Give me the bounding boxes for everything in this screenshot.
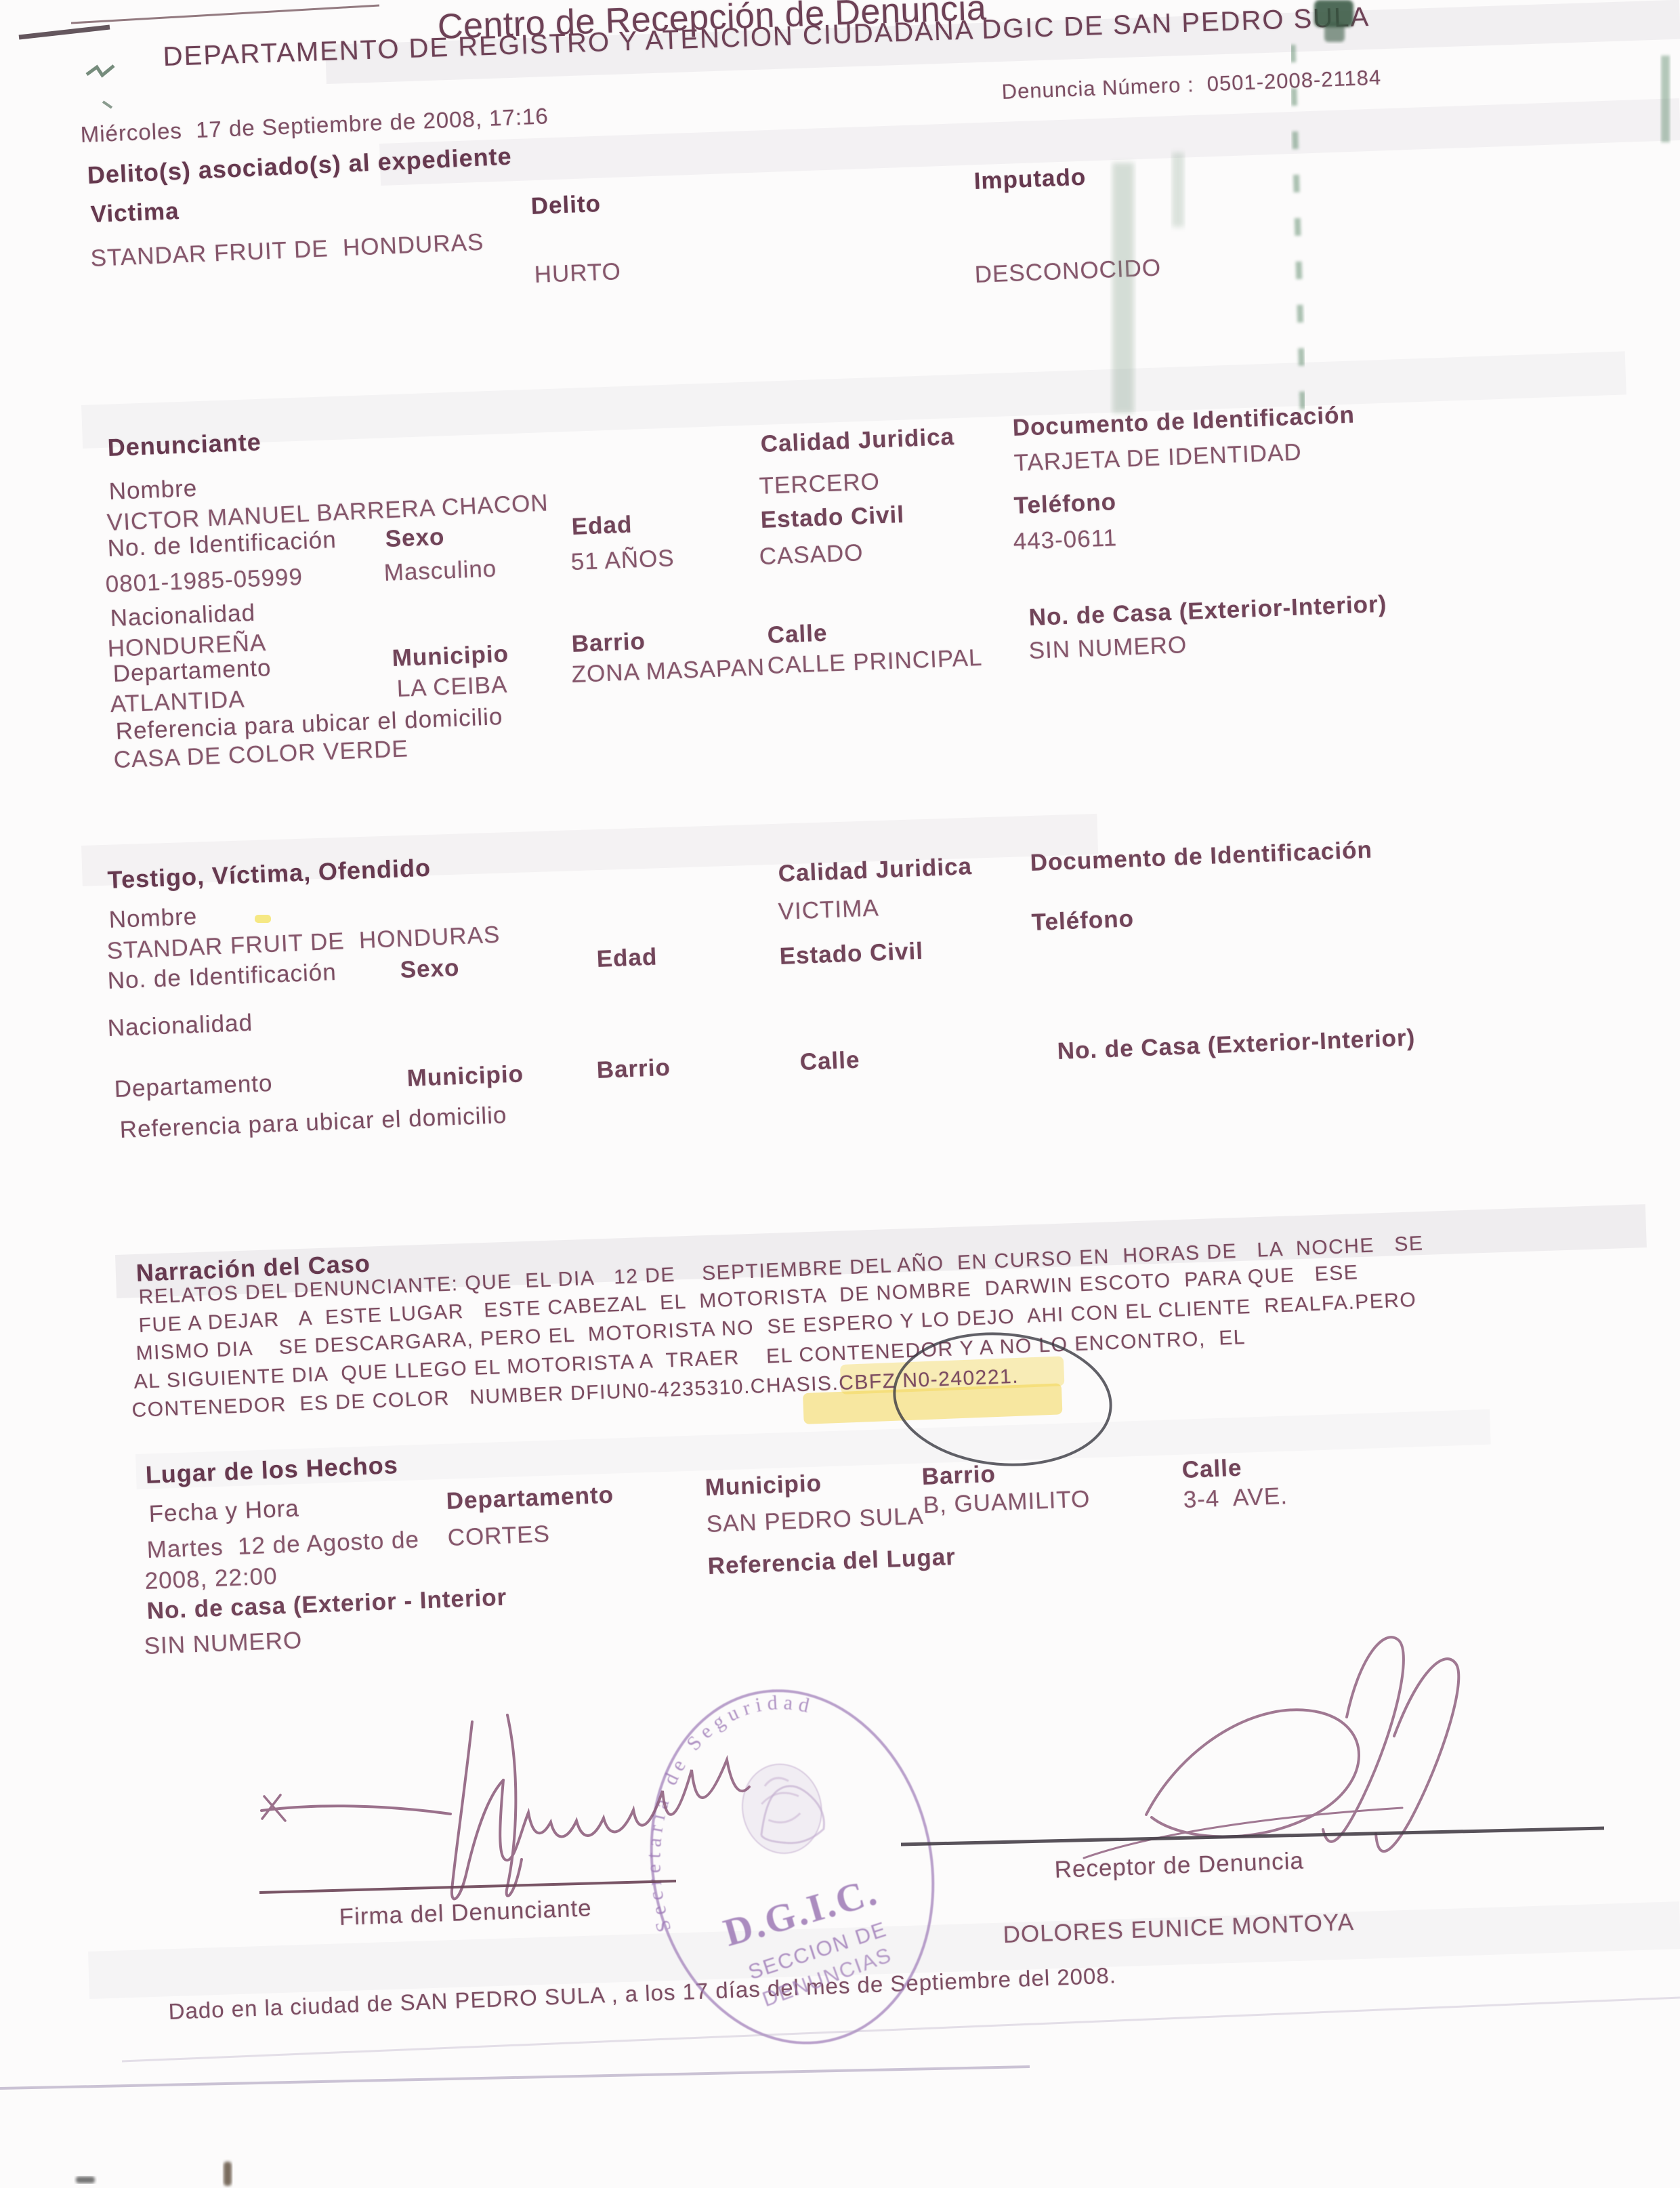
label-calidad-juridica: Calidad Juridica bbox=[760, 424, 955, 458]
closing-statement: Dado en la ciudad de SAN PEDRO SULA , a … bbox=[168, 1962, 1117, 2025]
label-no-casa: No. de Casa (Exterior-Interior) bbox=[1028, 591, 1387, 632]
label-sexo: Sexo bbox=[385, 524, 445, 553]
label-edad-testigo: Edad bbox=[596, 944, 658, 973]
value-municipio-lugar: SAN PEDRO SULA bbox=[706, 1503, 925, 1538]
label-municipio-lugar: Municipio bbox=[705, 1470, 822, 1502]
label-barrio-lugar: Barrio bbox=[921, 1461, 996, 1491]
value-victima: STANDAR FRUIT DE HONDURAS bbox=[90, 229, 484, 272]
section-heading-testigo: Testigo, Víctima, Ofendido bbox=[107, 854, 432, 894]
label-barrio: Barrio bbox=[571, 628, 646, 658]
label-estado-civil-testigo: Estado Civil bbox=[779, 938, 924, 970]
value-telefono: 443-0611 bbox=[1013, 524, 1118, 556]
value-delito: HURTO bbox=[534, 258, 622, 289]
label-calle-testigo: Calle bbox=[799, 1047, 860, 1076]
label-sexo-testigo: Sexo bbox=[400, 955, 460, 984]
value-calle: CALLE PRINCIPAL bbox=[767, 644, 983, 680]
value-edad: 51 AÑOS bbox=[570, 545, 675, 576]
value-fecha-line2: 2008, 22:00 bbox=[144, 1563, 278, 1594]
value-imputado: DESCONOCIDO bbox=[974, 254, 1162, 289]
label-calle: Calle bbox=[767, 620, 828, 649]
label-documento-identificacion: Documento de Identificación bbox=[1012, 402, 1356, 442]
value-departamento-lugar: CORTES bbox=[447, 1521, 551, 1552]
label-firma-denunciante: Firma del Denunciante bbox=[339, 1895, 592, 1931]
stamp-emblem bbox=[734, 1757, 830, 1861]
value-no-casa: SIN NUMERO bbox=[1028, 632, 1188, 665]
value-calidad: TERCERO bbox=[759, 468, 881, 500]
official-stamp: Secretaria de Seguridad D.G.I.C. SECCION… bbox=[593, 1644, 992, 2092]
value-calidad-testigo: VICTIMA bbox=[778, 894, 879, 926]
label-referencia-lugar: Referencia del Lugar bbox=[707, 1544, 957, 1580]
label-municipio-testigo: Municipio bbox=[406, 1060, 524, 1092]
label-nacionalidad: Nacionalidad bbox=[110, 600, 256, 632]
label-departamento: Departamento bbox=[112, 655, 272, 688]
stamp-ring bbox=[619, 1664, 965, 2069]
value-no-casa-lugar: SIN NUMERO bbox=[144, 1627, 303, 1660]
stamp-center-text: D.G.I.C. bbox=[719, 1869, 883, 1955]
value-barrio: ZONA MASAPAN bbox=[571, 654, 765, 688]
label-telefono-testigo: Teléfono bbox=[1031, 905, 1135, 936]
yellow-speck bbox=[255, 915, 271, 923]
value-estado-civil: CASADO bbox=[759, 539, 864, 571]
stamp-ring-text: Secretaria de Seguridad bbox=[608, 1682, 858, 1935]
label-no-identificacion-testigo: No. de Identificación bbox=[107, 959, 337, 995]
value-calle-lugar: 3-4 AVE. bbox=[1183, 1483, 1288, 1514]
receiver-signature-line bbox=[901, 1828, 1604, 1844]
section-heading-lugar: Lugar de los Hechos bbox=[145, 1451, 398, 1489]
bottom-ink-marks bbox=[76, 2162, 232, 2186]
label-nombre: Nombre bbox=[108, 475, 198, 505]
label-receptor-denuncia: Receptor de Denuncia bbox=[1054, 1848, 1304, 1884]
label-documento-testigo: Documento de Identificación bbox=[1030, 837, 1373, 877]
scan-crease-top bbox=[19, 5, 379, 37]
value-sexo: Masculino bbox=[383, 556, 497, 587]
label-telefono: Teléfono bbox=[1013, 489, 1117, 520]
scanned-complaint-form: Centro de Recepción de Denuncia DEPARTAM… bbox=[0, 0, 1680, 2188]
report-datetime: Miércoles 17 de Septiembre de 2008, 17:1… bbox=[80, 103, 549, 148]
receptor-name: DOLORES EUNICE MONTOYA bbox=[1003, 1909, 1355, 1949]
value-barrio-lugar: B, GUAMILITO bbox=[923, 1486, 1091, 1519]
label-imputado: Imputado bbox=[973, 164, 1087, 195]
receiver-signature bbox=[1084, 1637, 1458, 1858]
label-victima: Victima bbox=[90, 198, 180, 228]
complainant-signature-line bbox=[259, 1881, 676, 1893]
label-barrio-testigo: Barrio bbox=[596, 1054, 671, 1084]
value-municipio: LA CEIBA bbox=[396, 672, 508, 703]
label-departamento-lugar: Departamento bbox=[446, 1482, 614, 1515]
label-referencia-testigo: Referencia para ubicar el domicilio bbox=[119, 1102, 507, 1144]
label-no-casa-testigo: No. de Casa (Exterior-Interior) bbox=[1057, 1025, 1416, 1065]
value-fecha-line1: Martes 12 de Agosto de bbox=[146, 1527, 420, 1564]
label-estado-civil: Estado Civil bbox=[760, 501, 905, 534]
value-no-identificacion: 0801-1985-05999 bbox=[105, 564, 303, 598]
label-delito: Delito bbox=[530, 190, 602, 220]
label-fecha-hora: Fecha y Hora bbox=[148, 1495, 299, 1527]
label-departamento-testigo: Departamento bbox=[114, 1070, 273, 1103]
label-edad: Edad bbox=[571, 512, 633, 541]
label-calle-lugar: Calle bbox=[1181, 1455, 1242, 1484]
label-nombre-testigo: Nombre bbox=[108, 903, 198, 934]
case-number-line: Denuncia Número : 0501-2008-21184 bbox=[1001, 65, 1382, 104]
value-documento: TARJETA DE IDENTIDAD bbox=[1013, 439, 1302, 477]
section-heading-delitos: Delito(s) asociado(s) al expediente bbox=[87, 142, 512, 190]
section-heading-denunciante: Denunciante bbox=[107, 428, 261, 462]
label-municipio: Municipio bbox=[392, 640, 509, 672]
case-number-value: 0501-2008-21184 bbox=[1206, 65, 1382, 96]
label-calidad-juridica-testigo: Calidad Juridica bbox=[778, 853, 973, 888]
label-nacionalidad-testigo: Nacionalidad bbox=[107, 1010, 253, 1042]
complainant-signature bbox=[261, 1715, 749, 1899]
case-number-label: Denuncia Número : bbox=[1001, 72, 1207, 104]
